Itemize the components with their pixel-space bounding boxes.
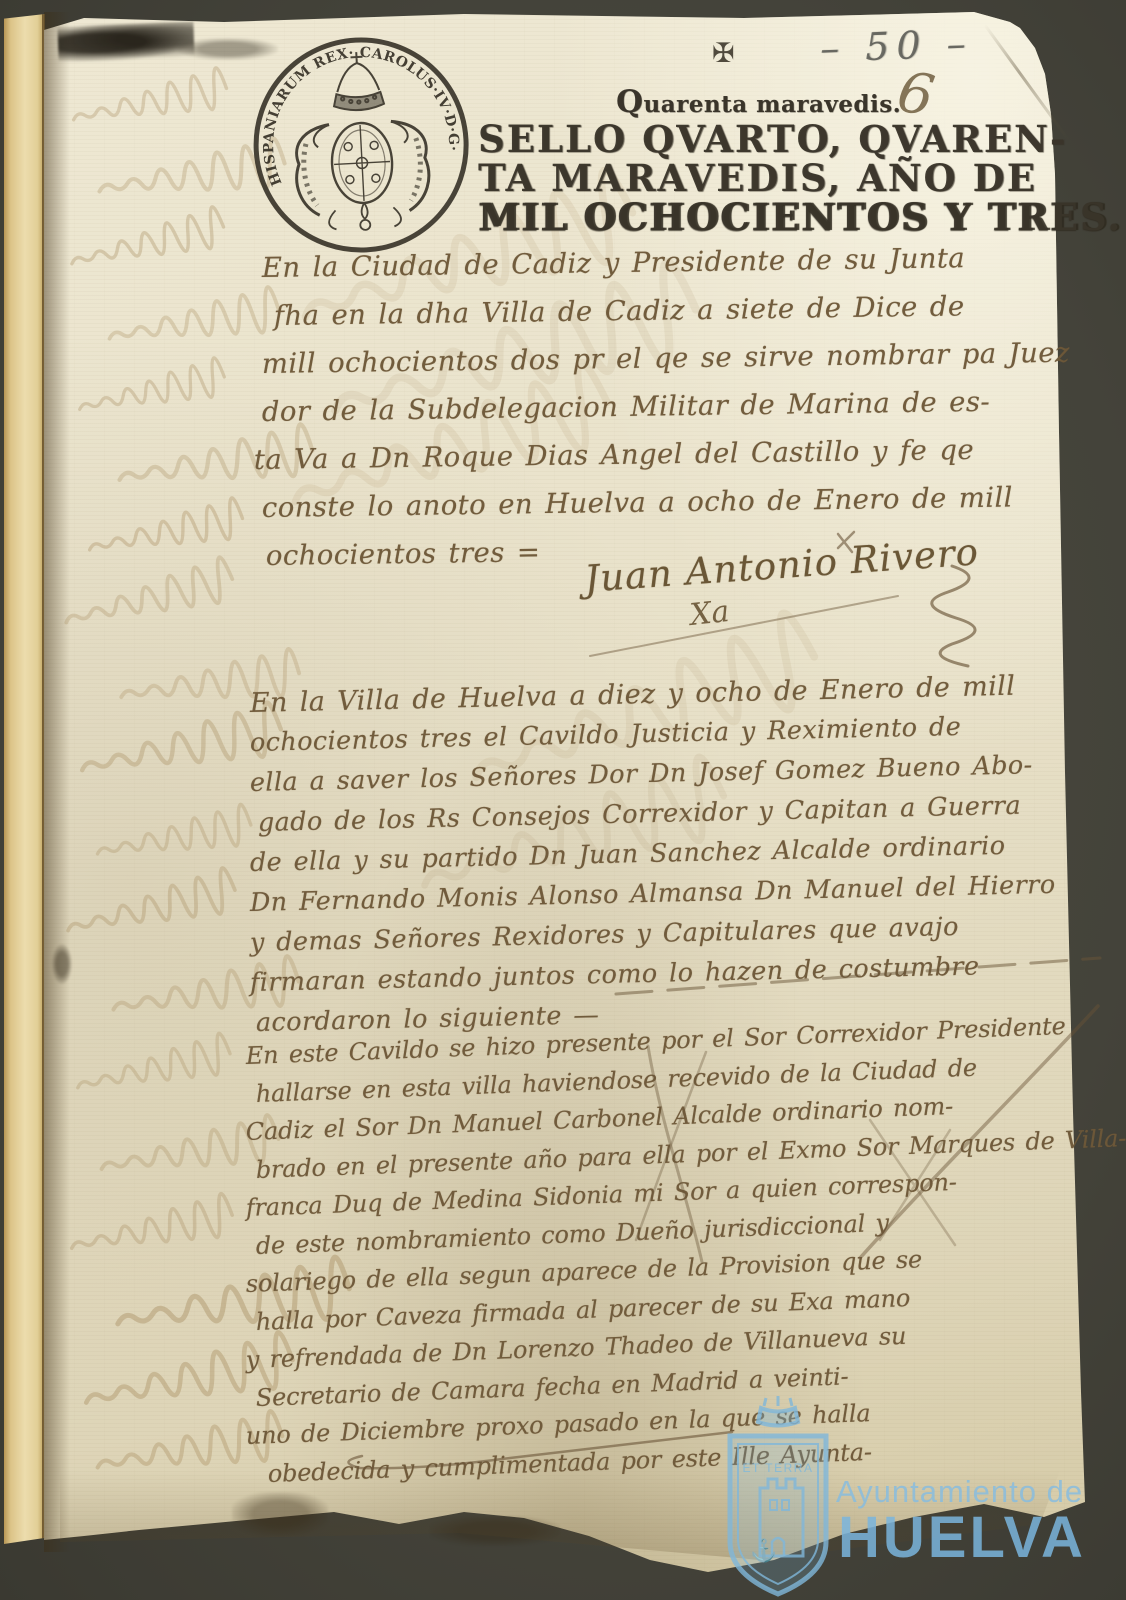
signature-rubric: Xa <box>688 594 731 633</box>
archive-photo-background: HISPANIARUM REX· CAROLUS·IV·D·G· ✠ – 50 … <box>0 0 1126 1600</box>
seal-legend: HISPANIARUM REX· CAROLUS·IV·D·G· <box>256 40 463 189</box>
tax-stamp-text: SELLO QVARTO, QVAREN- TA MARAVEDIS, AÑO … <box>478 120 1018 237</box>
watermark-crown-icon <box>758 1396 798 1426</box>
binding-shadow <box>44 12 70 1552</box>
previous-page-edge <box>4 14 45 1544</box>
watermark-motto: ET TERRA <box>743 1461 814 1475</box>
tax-stamp-line: TA MARAVEDIS, AÑO DE <box>478 159 1018 198</box>
seal-volute-left <box>294 125 334 217</box>
ink-smudge <box>52 944 72 984</box>
watermark-anchor-icon: ⚓ <box>750 1538 777 1564</box>
tax-stamp-caption: Quarenta maravedis. <box>616 84 901 120</box>
tax-stamp-line: SELLO QVARTO, QVAREN- <box>478 120 1018 159</box>
watermark-city: HUELVA <box>838 1504 1086 1571</box>
ink-smudge <box>57 22 194 63</box>
cross-mark: ✠ <box>712 38 735 69</box>
seal-volute-right <box>391 120 431 212</box>
royal-seal: HISPANIARUM REX· CAROLUS·IV·D·G· <box>242 20 480 266</box>
folio-number-pencil: – 50 – <box>819 21 973 70</box>
huelva-watermark-shield-icon: ET TERRA ⚓ <box>700 1392 856 1600</box>
tax-stamp-line: MIL OCHOCIENTOS Y TRES. <box>478 198 1018 237</box>
acta-paragraph: En la Villa de Huelva a diez y ocho de E… <box>250 688 1056 1048</box>
cabildo-paragraph: En este Cavildo se hizo presente por el … <box>246 1042 1126 1498</box>
seal-pendant <box>328 201 401 232</box>
seal-shield-icon <box>330 121 394 204</box>
